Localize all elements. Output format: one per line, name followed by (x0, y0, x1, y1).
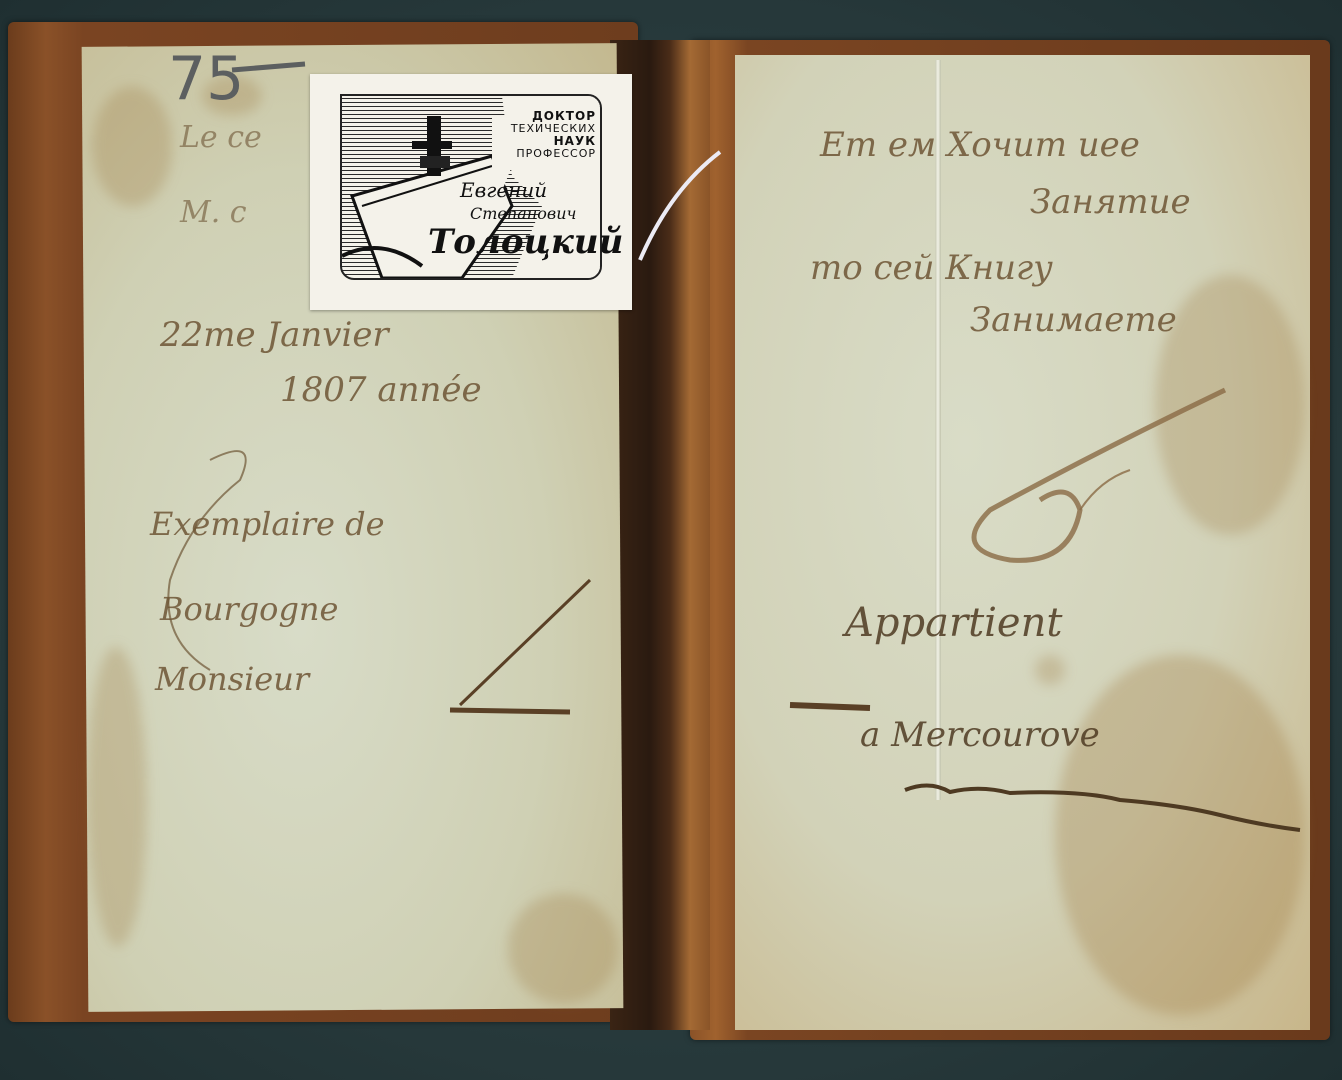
bookplate-patronymic: Степанович (470, 204, 576, 223)
bookplate-first-name: Евгений (460, 178, 547, 202)
ink-underline-flourish (780, 690, 1320, 840)
handwriting-line: Ет ем Хочит иее (820, 125, 1140, 165)
handwriting-line: то сей Книгу (810, 248, 1053, 288)
foxing-stain (508, 893, 619, 1004)
loose-thread (630, 150, 730, 270)
bookplate-title: ДОКТОР ТЕХИЧЕСКИХ НАУК ПРОФЕССОР (511, 110, 596, 161)
foxing-stain (86, 646, 148, 946)
handwriting-line: Занятие (1030, 182, 1191, 222)
faded-handwriting: M. c (180, 195, 247, 230)
bookplate: ДОКТОР ТЕХИЧЕСКИХ НАУК ПРОФЕССОР Евгений… (310, 74, 632, 310)
pencil-underline (230, 58, 310, 78)
page-crease (935, 60, 941, 800)
bookplate-line: ПРОФЕССОР (511, 148, 596, 160)
handwriting-appartient: Appartient (845, 600, 1062, 646)
faded-handwriting: Le ce (180, 120, 262, 155)
handwriting-date-day: 22me Janvier (160, 315, 389, 355)
handwriting-line: Занимаете (970, 300, 1177, 340)
pencil-shelf-number: 75 (168, 44, 244, 114)
ink-flourish (150, 440, 600, 730)
bookplate-surname: Толоцкий (428, 222, 623, 262)
foxing-stain (92, 86, 173, 207)
ink-flourish-loop (950, 370, 1250, 570)
handwriting-date-year: 1807 année (280, 370, 482, 410)
foxing-stain (1035, 655, 1065, 685)
